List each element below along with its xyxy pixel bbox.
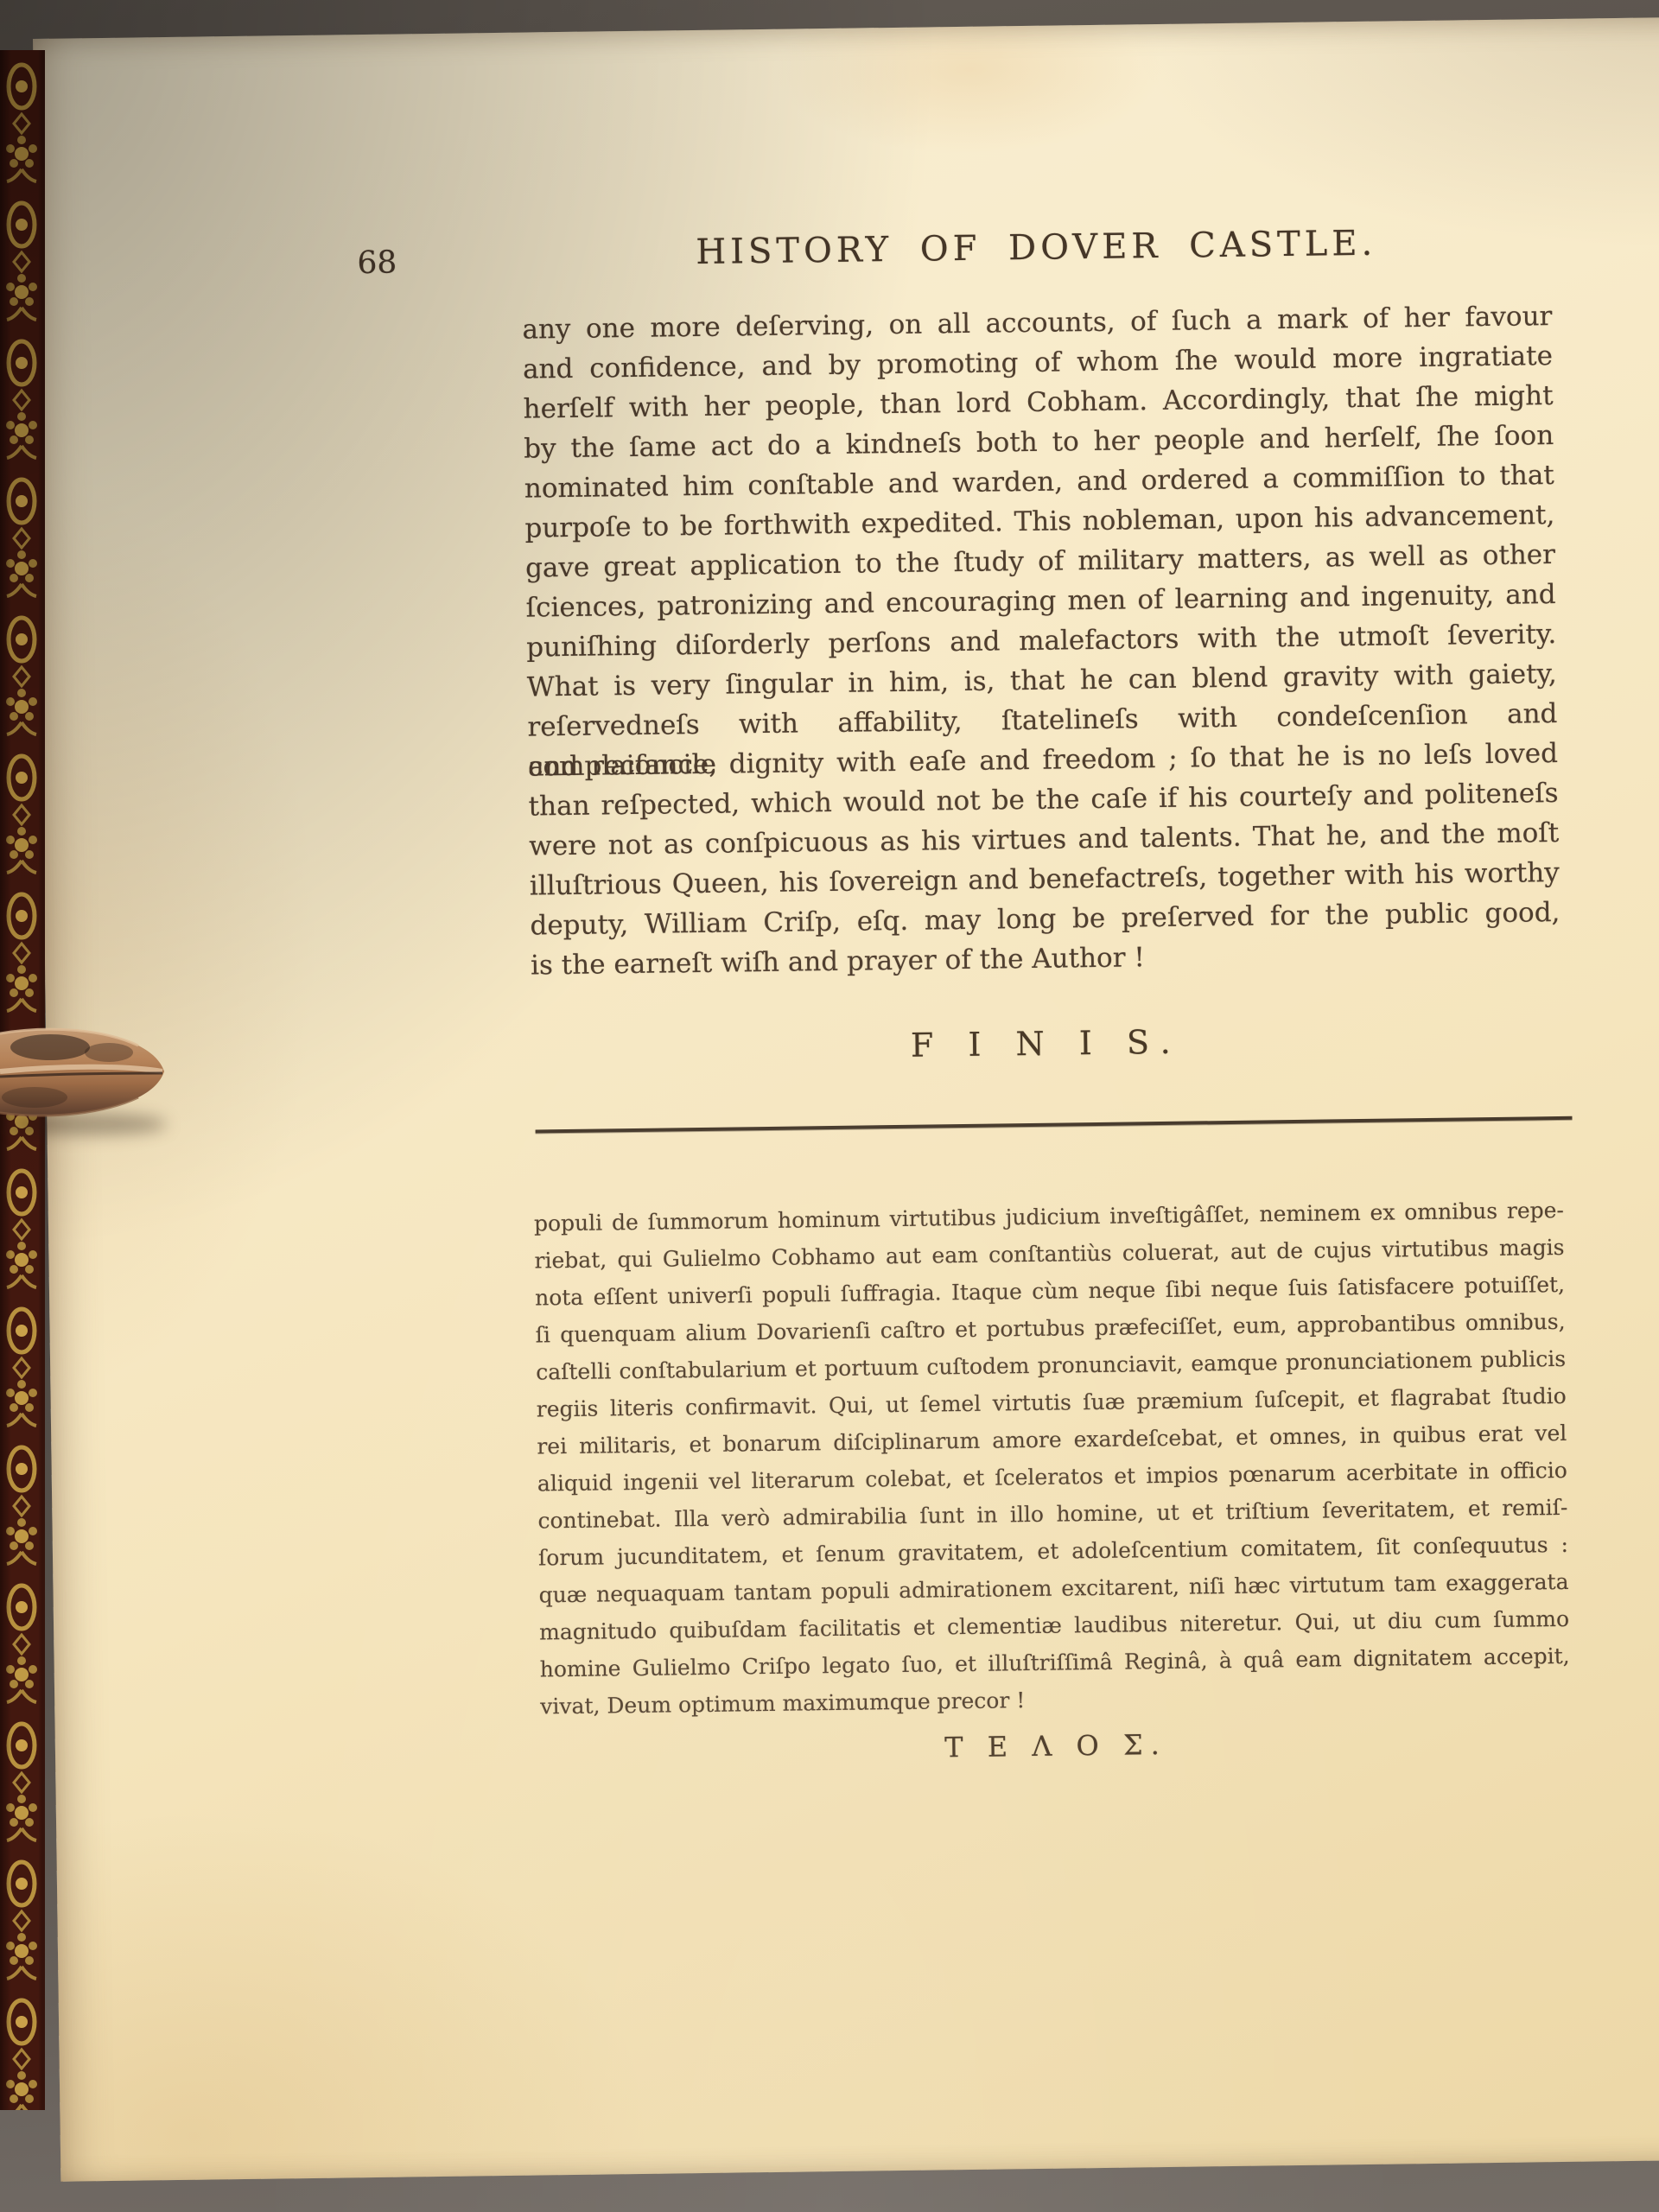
page-number: 68	[357, 245, 397, 282]
english-paragraph: any one more deſerving, on all accounts,…	[522, 296, 1560, 986]
telos-label: Τ Ε Λ Ο Σ.	[541, 1723, 1571, 1770]
book-photo: 68 HISTORY OF DOVER CASTLE. any one more…	[0, 0, 1659, 2212]
running-header: HISTORY OF DOVER CASTLE.	[521, 221, 1552, 275]
metal-clasp-icon	[0, 1021, 169, 1125]
latin-paragraph: populi de ſummorum hominum virtutibus ju…	[534, 1192, 1571, 1726]
book-page: 68 HISTORY OF DOVER CASTLE. any one more…	[33, 17, 1659, 2182]
finis-label: F I N I S.	[531, 1018, 1561, 1070]
separator-rule	[536, 1116, 1573, 1134]
